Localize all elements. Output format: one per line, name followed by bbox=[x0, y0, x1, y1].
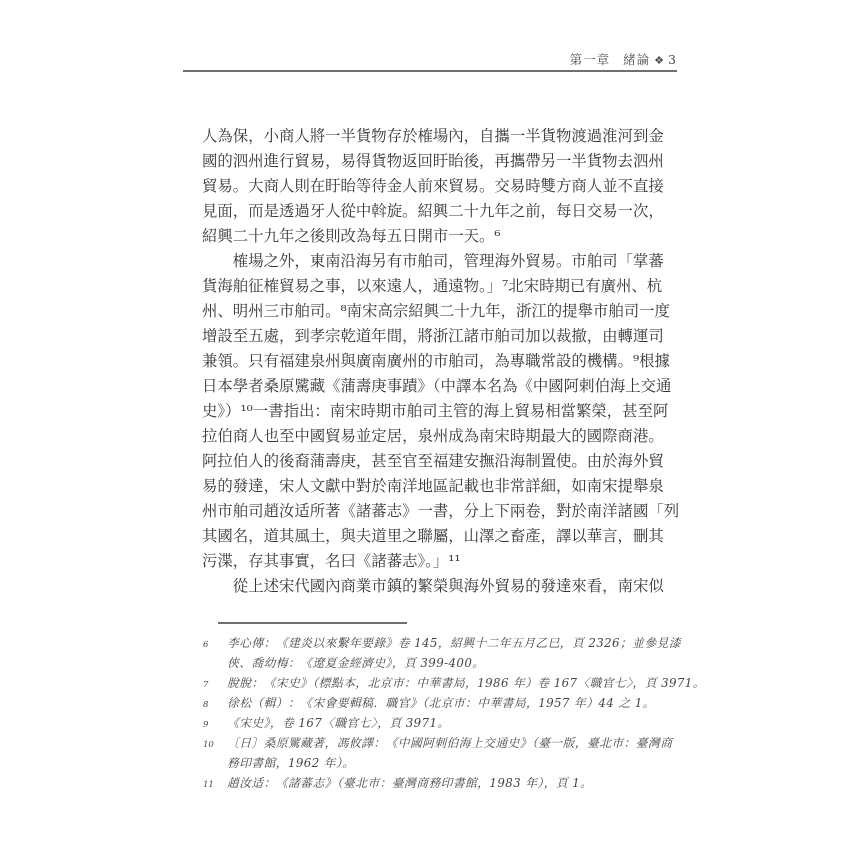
footnote-number: 7 bbox=[203, 675, 227, 695]
footnote: 7脫脫：《宋史》（標點本，北京市：中華書局，1986 年）卷 167〈職官七〉，… bbox=[203, 673, 673, 693]
footnote-separator-rule bbox=[218, 622, 407, 624]
footnote-line: 趙汝适：《諸蕃志》（臺北市：臺灣商務印書館，1983 年），頁 1。 bbox=[227, 773, 673, 793]
footnote: 6李心傳：《建炎以來繫年要錄》卷 145，紹興十二年五月乙巳，頁 2326；並參… bbox=[203, 633, 673, 673]
body-line: 日本學者桑原騭藏《蒲壽庚事蹟》（中譯本名為《中國阿剌伯海上交通 bbox=[202, 374, 672, 399]
footnote-line: 〔日〕桑原騭藏著，馮攸譯：《中國阿剌伯海上交通史》（臺一版，臺北市：臺灣商 bbox=[227, 733, 673, 753]
footnote-text: 《宋史》，卷 167〈職官七〉，頁 3971。 bbox=[227, 713, 673, 733]
footnote-text: 李心傳：《建炎以來繫年要錄》卷 145，紹興十二年五月乙巳，頁 2326；並參見… bbox=[227, 633, 681, 673]
page-number: 3 bbox=[668, 52, 677, 67]
body-line: 貿易。大商人則在盱眙等待金人前來貿易。交易時雙方商人並不直接 bbox=[202, 174, 672, 199]
footnote-line: 俠、喬幼梅：《遼夏金經濟史》，頁 399-400。 bbox=[227, 653, 681, 673]
header-rule bbox=[183, 70, 677, 72]
chapter-label: 第一章 bbox=[570, 52, 611, 67]
footnote: 8徐松（輯）：《宋會要輯稿．職官》（北京市：中華書局，1957 年）44 之 1… bbox=[203, 693, 673, 713]
body-line: 兼領。只有福建泉州與廣南廣州的市舶司，為專職常設的機構。⁹根據 bbox=[202, 349, 672, 374]
footnote-text: 脫脫：《宋史》（標點本，北京市：中華書局，1986 年）卷 167〈職官七〉，頁… bbox=[227, 673, 705, 693]
book-page: 第一章緒論❖3 人為保，小商人將一半貨物存於榷場內，自攜一半貨物渡過淮河到金國的… bbox=[0, 0, 850, 850]
body-line: 州、明州三市舶司。⁸南宋高宗紹興二十九年，浙江的提舉市舶司一度 bbox=[202, 299, 672, 324]
footnote-number: 8 bbox=[203, 695, 227, 715]
body-line: 污渫，存其事實，名曰《諸蕃志》。」¹¹ bbox=[202, 549, 672, 574]
footnote-line: 李心傳：《建炎以來繫年要錄》卷 145，紹興十二年五月乙巳，頁 2326；並參見… bbox=[227, 633, 681, 653]
footnote-number: 11 bbox=[203, 775, 227, 795]
footnote-number: 6 bbox=[203, 635, 227, 675]
body-line: 貨海舶征榷貿易之事，以來遠人，通遠物。」⁷北宋時期已有廣州、杭 bbox=[202, 274, 672, 299]
body-line: 其國名，道其風土，與夫道里之聯屬，山澤之畜產，譯以華言，刪其 bbox=[202, 524, 672, 549]
body-line: 紹興二十九年之後則改為每五日開市一天。⁶ bbox=[202, 224, 672, 249]
footnote: 11趙汝适：《諸蕃志》（臺北市：臺灣商務印書館，1983 年），頁 1。 bbox=[203, 773, 673, 793]
body-line: 阿拉伯人的後裔蒲壽庚，甚至官至福建安撫沿海制置使。由於海外貿 bbox=[202, 449, 672, 474]
body-line: 拉伯商人也至中國貿易並定居，泉州成為南宋時期最大的國際商港。 bbox=[202, 424, 672, 449]
section-label: 緒論 bbox=[623, 52, 650, 67]
body-line: 從上述宋代國內商業市鎮的繁榮與海外貿易的發達來看，南宋似 bbox=[202, 574, 672, 599]
footnote-line: 脫脫：《宋史》（標點本，北京市：中華書局，1986 年）卷 167〈職官七〉，頁… bbox=[227, 673, 705, 693]
running-header: 第一章緒論❖3 bbox=[570, 50, 677, 68]
body-line: 易的發達，宋人文獻中對於南洋地區記載也非常詳細，如南宋提舉泉 bbox=[202, 474, 672, 499]
body-line: 增設至五處，到孝宗乾道年間，將浙江諸市舶司加以裁撤，由轉運司 bbox=[202, 324, 672, 349]
footnote-line: 《宋史》，卷 167〈職官七〉，頁 3971。 bbox=[227, 713, 673, 733]
diamond-ornament-icon: ❖ bbox=[654, 54, 665, 67]
footnote: 10〔日〕桑原騭藏著，馮攸譯：《中國阿剌伯海上交通史》（臺一版，臺北市：臺灣商務… bbox=[203, 733, 673, 773]
body-line: 人為保，小商人將一半貨物存於榷場內，自攜一半貨物渡過淮河到金 bbox=[202, 124, 672, 149]
body-line: 州市舶司趙汝适所著《諸蕃志》一書，分上下兩卷，對於南洋諸國「列 bbox=[202, 499, 672, 524]
footnote-text: 趙汝适：《諸蕃志》（臺北市：臺灣商務印書館，1983 年），頁 1。 bbox=[227, 773, 673, 793]
footnote: 9《宋史》，卷 167〈職官七〉，頁 3971。 bbox=[203, 713, 673, 733]
body-line: 榷場之外，東南沿海另有市舶司，管理海外貿易。市舶司「掌蕃 bbox=[202, 249, 672, 274]
footnote-line: 徐松（輯）：《宋會要輯稿．職官》（北京市：中華書局，1957 年）44 之 1。 bbox=[227, 693, 673, 713]
footnote-text: 徐松（輯）：《宋會要輯稿．職官》（北京市：中華書局，1957 年）44 之 1。 bbox=[227, 693, 673, 713]
footnote-text: 〔日〕桑原騭藏著，馮攸譯：《中國阿剌伯海上交通史》（臺一版，臺北市：臺灣商務印書… bbox=[227, 733, 673, 773]
body-line: 史》）¹⁰一書指出：南宋時期市舶司主管的海上貿易相當繁榮，甚至阿 bbox=[202, 399, 672, 424]
body-text: 人為保，小商人將一半貨物存於榷場內，自攜一半貨物渡過淮河到金國的泗州進行貿易，易… bbox=[202, 124, 672, 599]
footnotes: 6李心傳：《建炎以來繫年要錄》卷 145，紹興十二年五月乙巳，頁 2326；並參… bbox=[203, 633, 673, 793]
footnote-number: 10 bbox=[203, 735, 227, 775]
footnote-line: 務印書館，1962 年）。 bbox=[227, 753, 673, 773]
body-line: 國的泗州進行貿易，易得貨物返回盱眙後，再攜帶另一半貨物去泗州 bbox=[202, 149, 672, 174]
footnote-number: 9 bbox=[203, 715, 227, 735]
body-line: 見面，而是透過牙人從中斡旋。紹興二十九年之前，每日交易一次， bbox=[202, 199, 672, 224]
